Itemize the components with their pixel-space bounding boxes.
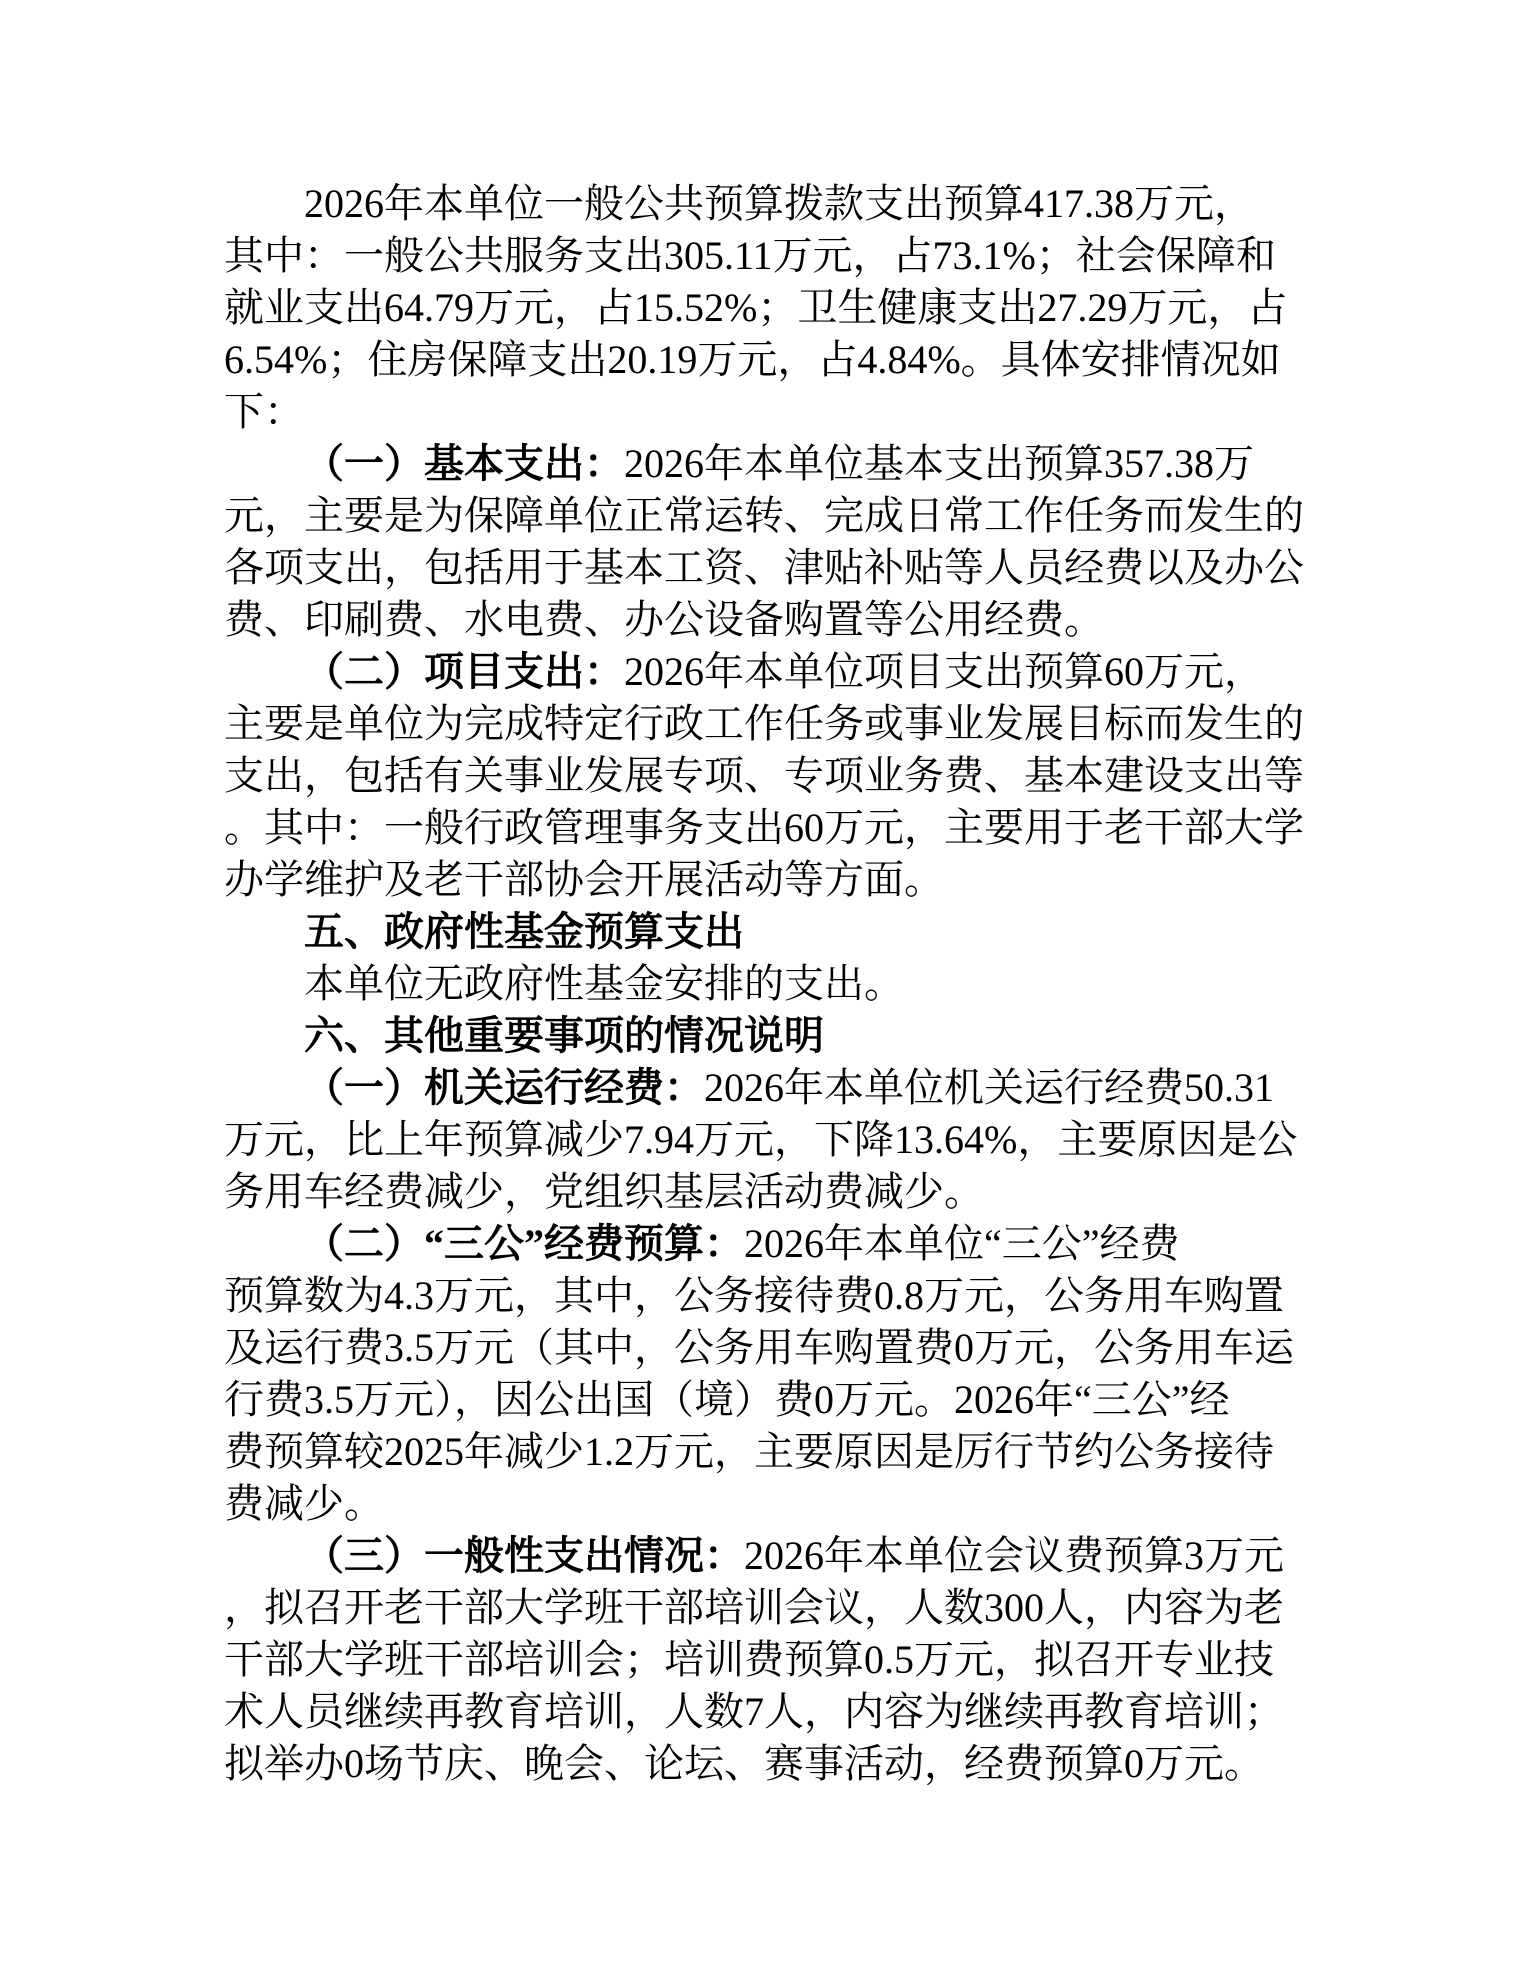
- text-run: ，拟召开老干部大学班干部培训会议，人数300人，内容为老: [224, 1585, 1284, 1630]
- text-run: 务用车经费减少，党组织基层活动费减少。: [224, 1169, 984, 1214]
- text-line: 费减少。: [224, 1478, 1404, 1530]
- text-run: 本单位无政府性基金安排的支出。: [304, 961, 904, 1006]
- text-line: 各项支出，包括用于基本工资、津贴补贴等人员经费以及办公: [224, 542, 1404, 594]
- bold-heading-run: 六、其他重要事项的情况说明: [304, 1013, 824, 1058]
- text-line: 术人员继续再教育培训，人数7人，内容为继续再教育培训；: [224, 1686, 1404, 1738]
- text-run: 主要是单位为完成特定行政工作任务或事业发展目标而发生的: [224, 701, 1304, 746]
- text-run: 2026年本单位机关运行经费50.31: [704, 1065, 1274, 1110]
- text-run: 费减少。: [224, 1481, 384, 1526]
- text-line: 支出，包括有关事业发展专项、专项业务费、基本建设支出等: [224, 750, 1404, 802]
- text-run: 2026年本单位一般公共预算拨款支出预算417.38万元，: [304, 181, 1254, 226]
- document-body: 2026年本单位一般公共预算拨款支出预算417.38万元，其中：一般公共服务支出…: [224, 178, 1404, 1790]
- text-line: 费预算较2025年减少1.2万元，主要原因是厉行节约公务接待: [224, 1426, 1404, 1478]
- text-line: （一）基本支出：2026年本单位基本支出预算357.38万: [224, 438, 1404, 490]
- text-run: 各项支出，包括用于基本工资、津贴补贴等人员经费以及办公: [224, 545, 1304, 590]
- text-run: 及运行费3.5万元（其中，公务用车购置费0万元，公务用车运: [224, 1325, 1294, 1370]
- text-line: 办学维护及老干部协会开展活动等方面。: [224, 854, 1404, 906]
- text-run: 预算数为4.3万元，其中，公务接待费0.8万元，公务用车购置: [224, 1273, 1284, 1318]
- bold-heading-run: （二）项目支出：: [304, 649, 624, 694]
- text-line: 6.54%；住房保障支出20.19万元，占4.84%。具体安排情况如: [224, 334, 1404, 386]
- bold-heading-run: （二）“三公”经费预算：: [304, 1221, 744, 1266]
- document-page: 2026年本单位一般公共预算拨款支出预算417.38万元，其中：一般公共服务支出…: [0, 0, 1530, 1980]
- text-line: 五、政府性基金预算支出: [224, 906, 1404, 958]
- bold-heading-run: （一）机关运行经费：: [304, 1065, 704, 1110]
- text-line: （二）“三公”经费预算：2026年本单位“三公”经费: [224, 1218, 1404, 1270]
- text-line: （一）机关运行经费：2026年本单位机关运行经费50.31: [224, 1062, 1404, 1114]
- text-line: 费、印刷费、水电费、办公设备购置等公用经费。: [224, 594, 1404, 646]
- text-line: 本单位无政府性基金安排的支出。: [224, 958, 1404, 1010]
- text-line: 及运行费3.5万元（其中，公务用车购置费0万元，公务用车运: [224, 1322, 1404, 1374]
- text-line: 行费3.5万元），因公出国（境）费0万元。2026年“三公”经: [224, 1374, 1404, 1426]
- text-run: 2026年本单位项目支出预算60万元，: [624, 649, 1264, 694]
- text-line: 六、其他重要事项的情况说明: [224, 1010, 1404, 1062]
- text-run: 办学维护及老干部协会开展活动等方面。: [224, 857, 944, 902]
- text-run: 干部大学班干部培训会；培训费预算0.5万元，拟召开专业技: [224, 1637, 1274, 1682]
- text-run: 支出，包括有关事业发展专项、专项业务费、基本建设支出等: [224, 753, 1304, 798]
- text-line: 万元，比上年预算减少7.94万元，下降13.64%，主要原因是公: [224, 1114, 1404, 1166]
- text-run: 2026年本单位基本支出预算357.38万: [624, 441, 1254, 486]
- text-run: 其中：一般公共服务支出305.11万元，占73.1%；社会保障和: [224, 233, 1276, 278]
- bold-heading-run: 五、政府性基金预算支出: [304, 909, 744, 954]
- text-run: 行费3.5万元），因公出国（境）费0万元。2026年“三公”经: [224, 1377, 1230, 1422]
- bold-heading-run: （三）一般性支出情况：: [304, 1533, 744, 1578]
- text-line: 。其中：一般行政管理事务支出60万元，主要用于老干部大学: [224, 802, 1404, 854]
- text-line: 干部大学班干部培训会；培训费预算0.5万元，拟召开专业技: [224, 1634, 1404, 1686]
- text-run: 元，主要是为保障单位正常运转、完成日常工作任务而发生的: [224, 493, 1304, 538]
- text-line: 其中：一般公共服务支出305.11万元，占73.1%；社会保障和: [224, 230, 1404, 282]
- text-line: 下：: [224, 386, 1404, 438]
- bold-heading-run: （一）基本支出：: [304, 441, 624, 486]
- text-line: 务用车经费减少，党组织基层活动费减少。: [224, 1166, 1404, 1218]
- text-line: 预算数为4.3万元，其中，公务接待费0.8万元，公务用车购置: [224, 1270, 1404, 1322]
- text-run: 费、印刷费、水电费、办公设备购置等公用经费。: [224, 597, 1104, 642]
- text-run: 2026年本单位会议费预算3万元: [744, 1533, 1284, 1578]
- text-run: 下：: [224, 389, 304, 434]
- text-line: 就业支出64.79万元，占15.52%；卫生健康支出27.29万元，占: [224, 282, 1404, 334]
- text-line: （三）一般性支出情况：2026年本单位会议费预算3万元: [224, 1530, 1404, 1582]
- text-run: 费预算较2025年减少1.2万元，主要原因是厉行节约公务接待: [224, 1429, 1274, 1474]
- text-line: 拟举办0场节庆、晚会、论坛、赛事活动，经费预算0万元。: [224, 1738, 1404, 1790]
- text-run: 拟举办0场节庆、晚会、论坛、赛事活动，经费预算0万元。: [224, 1741, 1264, 1786]
- text-run: 术人员继续再教育培训，人数7人，内容为继续再教育培训；: [224, 1689, 1284, 1734]
- text-line: 主要是单位为完成特定行政工作任务或事业发展目标而发生的: [224, 698, 1404, 750]
- text-run: 就业支出64.79万元，占15.52%；卫生健康支出27.29万元，占: [224, 285, 1287, 330]
- text-line: 2026年本单位一般公共预算拨款支出预算417.38万元，: [224, 178, 1404, 230]
- text-run: 2026年本单位“三公”经费: [744, 1221, 1180, 1266]
- text-line: 元，主要是为保障单位正常运转、完成日常工作任务而发生的: [224, 490, 1404, 542]
- text-run: 6.54%；住房保障支出20.19万元，占4.84%。具体安排情况如: [224, 337, 1281, 382]
- text-run: 万元，比上年预算减少7.94万元，下降13.64%，主要原因是公: [224, 1117, 1297, 1162]
- text-run: 。其中：一般行政管理事务支出60万元，主要用于老干部大学: [224, 805, 1304, 850]
- text-line: ，拟召开老干部大学班干部培训会议，人数300人，内容为老: [224, 1582, 1404, 1634]
- text-line: （二）项目支出：2026年本单位项目支出预算60万元，: [224, 646, 1404, 698]
